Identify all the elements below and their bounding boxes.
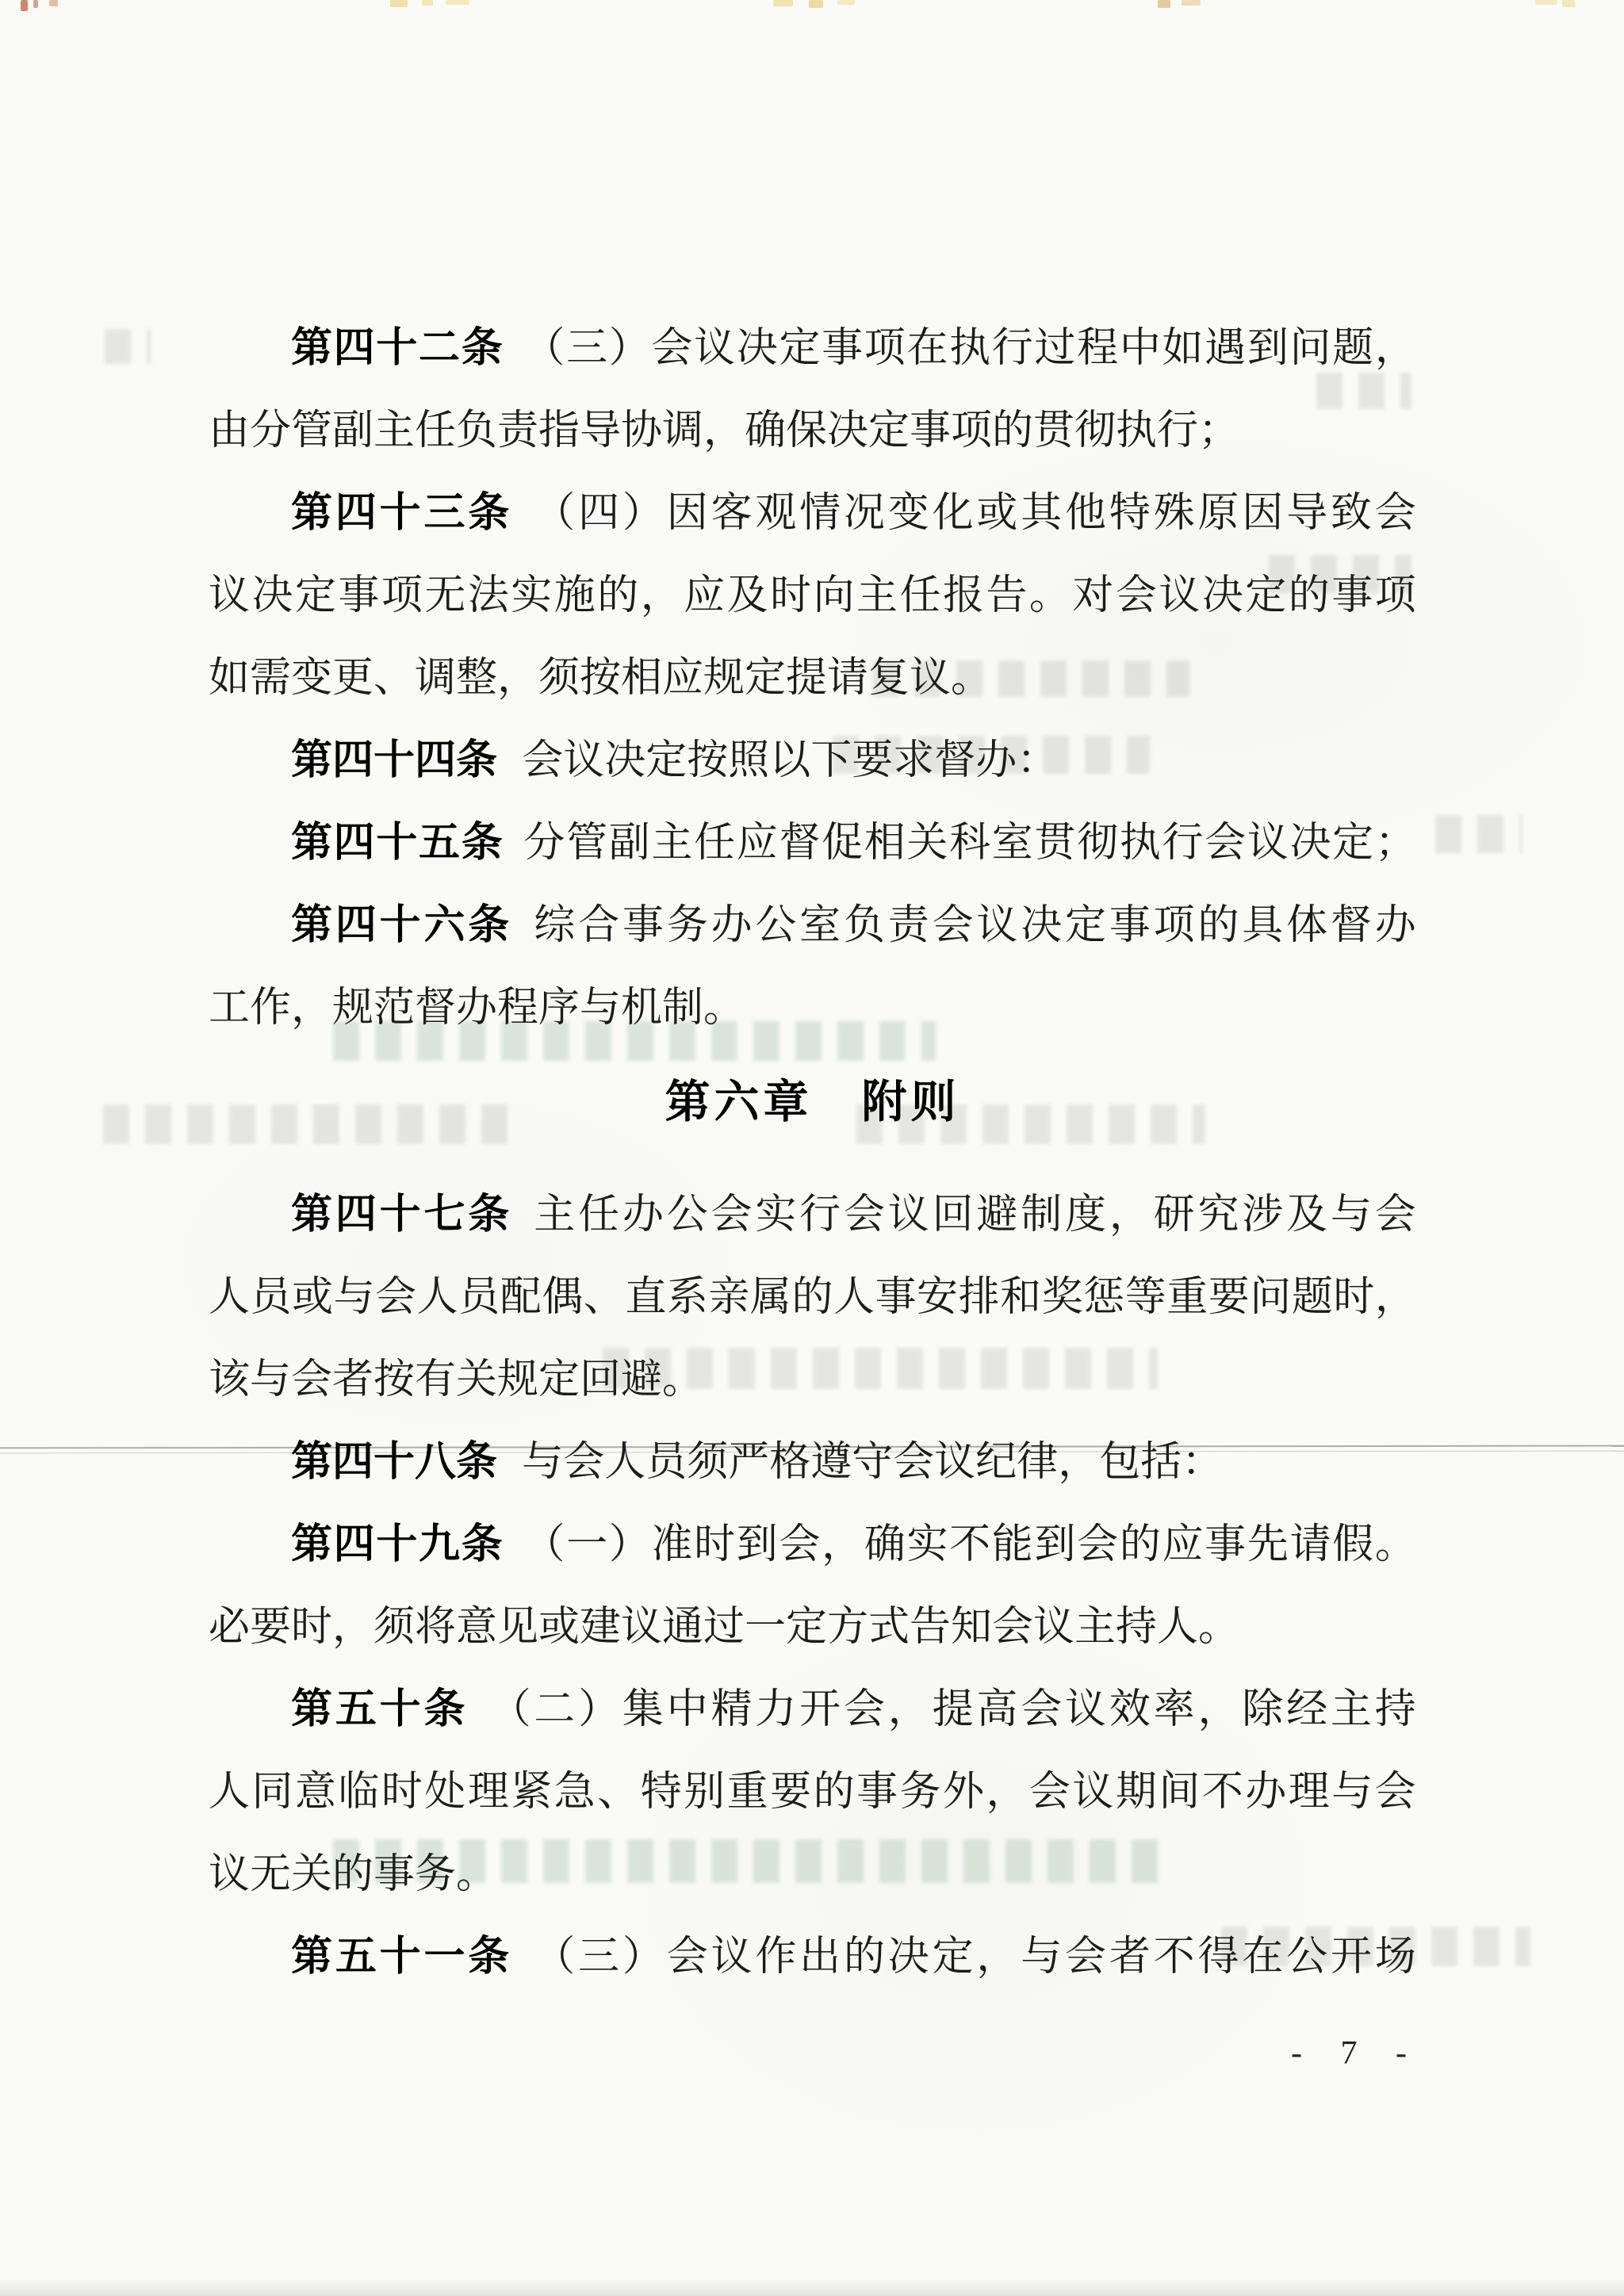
line-content: 如需变更、调整，须按相应规定提请复议。	[209, 644, 992, 703]
scan-mark	[837, 0, 855, 5]
text-line: 该与会者按有关规定回避。	[209, 1334, 1416, 1416]
line-content: 该与会者按有关规定回避。	[209, 1345, 703, 1405]
text-line: 第四十二条 （三）会议决定事项在执行过程中如遇到问题，	[209, 302, 1416, 385]
scan-mark	[1182, 0, 1201, 6]
line-text: 该与会者按有关规定回避。	[209, 1345, 703, 1405]
page-number: - 7 -	[1291, 2034, 1418, 2072]
line-content: 议决定事项无法实施的，应及时向主任报告。对会议决定的事项	[209, 561, 1416, 621]
article-number: 第四十四条	[291, 726, 497, 786]
scan-mark	[1535, 0, 1557, 5]
text-line: 第四十五条 分管副主任应督促相关科室贯彻执行会议决定；	[209, 797, 1416, 879]
scan-mark	[1562, 0, 1575, 7]
line-text: 工作，规范督办程序与机制。	[209, 974, 745, 1033]
line-content: 第五十一条 （三）会议作出的决定，与会者不得在公开场	[291, 1923, 1416, 1982]
line-content: 第四十八条与会人员须严格遵守会议纪律，包括：	[291, 1428, 1223, 1487]
line-content: 第四十二条 （三）会议决定事项在执行过程中如遇到问题，	[291, 314, 1416, 373]
document-page: 第四十二条 （三）会议决定事项在执行过程中如遇到问题，由分管副主任负责指导协调，…	[0, 0, 1624, 2296]
line-text: 与会人员须严格遵守会议纪律，包括：	[522, 1428, 1223, 1487]
section-articles-47-51: 第四十七条 主任办公会实行会议回避制度，研究涉及与会人员或与会人员配偶、直系亲属…	[209, 1169, 1416, 1993]
line-text: 会议决定按照以下要求督办：	[522, 726, 1058, 786]
text-line: 工作，规范督办程序与机制。	[209, 962, 1416, 1044]
line-content: 必要时，须将意见或建议通过一定方式告知会议主持人。	[209, 1593, 1239, 1652]
scan-bottom-edge	[0, 2279, 1624, 2296]
line-content: 第五十条 （二）集中精力开会，提高会议效率，除经主持	[291, 1675, 1416, 1735]
text-line: 第四十四条会议决定按照以下要求督办：	[209, 714, 1416, 797]
line-content: 第四十四条会议决定按照以下要求督办：	[291, 726, 1058, 786]
scan-mark	[390, 0, 408, 7]
text-line: 第四十六条 综合事务办公室负责会议决定事项的具体督办	[209, 879, 1416, 962]
scan-mark	[773, 0, 793, 6]
text-line: 第四十七条 主任办公会实行会议回避制度，研究涉及与会	[209, 1169, 1416, 1251]
scan-mark	[33, 0, 38, 8]
line-content: 第四十三条 （四）因客观情况变化或其他特殊原因导致会	[291, 479, 1416, 538]
line-content: 工作，规范督办程序与机制。	[209, 974, 745, 1033]
scan-mark	[49, 0, 58, 6]
text-line: 人同意临时处理紧急、特别重要的事务外，会议期间不办理与会	[209, 1746, 1416, 1828]
line-content: 人同意临时处理紧急、特别重要的事务外，会议期间不办理与会	[209, 1758, 1416, 1817]
text-line: 由分管副主任负责指导协调，确保决定事项的贯彻执行；	[209, 385, 1416, 467]
line-content: 第四十六条 综合事务办公室负责会议决定事项的具体督办	[291, 891, 1416, 951]
text-line: 如需变更、调整，须按相应规定提请复议。	[209, 632, 1416, 714]
text-line: 第四十八条与会人员须严格遵守会议纪律，包括：	[209, 1416, 1416, 1498]
text-line: 第四十九条 （一）准时到会，确实不能到会的应事先请假。	[209, 1498, 1416, 1581]
section-articles-42-46: 第四十二条 （三）会议决定事项在执行过程中如遇到问题，由分管副主任负责指导协调，…	[209, 302, 1416, 1044]
bleedthrough-smudge	[1435, 815, 1522, 853]
text-line: 第四十三条 （四）因客观情况变化或其他特殊原因导致会	[209, 467, 1416, 549]
article-number: 第四十八条	[291, 1428, 497, 1487]
scan-mark	[809, 0, 823, 8]
text-line: 议决定事项无法实施的，应及时向主任报告。对会议决定的事项	[209, 549, 1416, 632]
document-body: 第四十二条 （三）会议决定事项在执行过程中如遇到问题，由分管副主任负责指导协调，…	[209, 302, 1416, 1993]
line-text: 议无关的事务。	[209, 1840, 497, 1900]
text-line: 人员或与会人员配偶、直系亲属的人事安排和奖惩等重要问题时，	[209, 1251, 1416, 1334]
line-content: 议无关的事务。	[209, 1840, 497, 1900]
text-line: 必要时，须将意见或建议通过一定方式告知会议主持人。	[209, 1581, 1416, 1663]
text-line: 议无关的事务。	[209, 1828, 1416, 1911]
line-content: 由分管副主任负责指导协调，确保决定事项的贯彻执行；	[209, 396, 1239, 456]
chapter-heading: 第六章 附则	[209, 1057, 1416, 1139]
line-content: 第四十五条 分管副主任应督促相关科室贯彻执行会议决定；	[291, 809, 1416, 868]
line-text: 由分管副主任负责指导协调，确保决定事项的贯彻执行；	[209, 396, 1239, 456]
text-line: 第五十一条 （三）会议作出的决定，与会者不得在公开场	[209, 1911, 1416, 1993]
scan-mark	[446, 0, 469, 5]
line-text: 如需变更、调整，须按相应规定提请复议。	[209, 644, 992, 703]
bleedthrough-smudge	[105, 329, 151, 364]
scan-mark	[422, 0, 433, 6]
scan-mark	[21, 0, 28, 11]
scan-mark	[1158, 0, 1170, 8]
line-content: 人员或与会人员配偶、直系亲属的人事安排和奖惩等重要问题时，	[209, 1263, 1416, 1322]
line-content: 第四十九条 （一）准时到会，确实不能到会的应事先请假。	[291, 1510, 1416, 1570]
text-line: 第五十条 （二）集中精力开会，提高会议效率，除经主持	[209, 1663, 1416, 1746]
line-content: 第四十七条 主任办公会实行会议回避制度，研究涉及与会	[291, 1181, 1416, 1240]
line-text: 必要时，须将意见或建议通过一定方式告知会议主持人。	[209, 1593, 1239, 1652]
